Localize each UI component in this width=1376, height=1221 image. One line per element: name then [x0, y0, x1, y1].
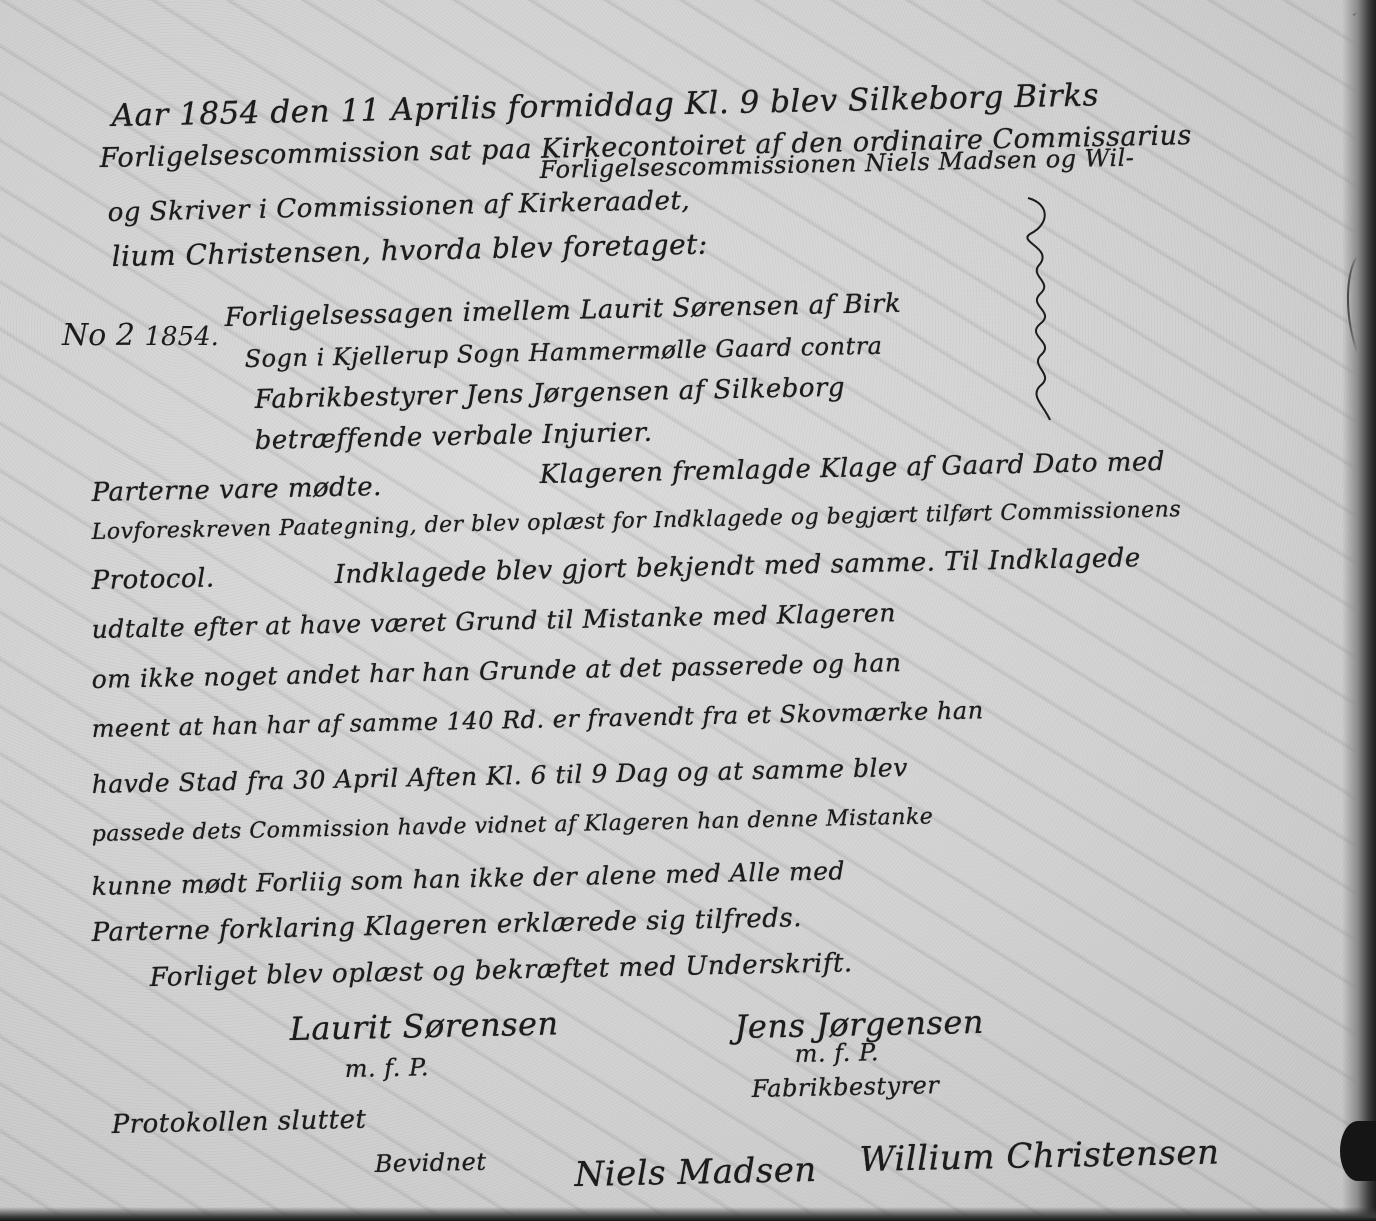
text-line-6: Forligelsessagen imellem Laurit Sørensen…: [224, 289, 901, 333]
text-line-20: passede dets Commission havde vidnet af …: [91, 804, 933, 847]
text-line-17: meent at han har af samme 140 Rd. er fra…: [91, 696, 983, 743]
signature-plaintiff-note: m. f. P.: [344, 1053, 429, 1083]
page-edge-shadow: [1342, 0, 1376, 1221]
signature-commissioner-2: Willium Christensen: [859, 1132, 1220, 1180]
document-page: Aar 1854 den 11 Aprilis formiddag Kl. 9 …: [0, 0, 1376, 1221]
text-line-16: om ikke noget andet har han Grunde at de…: [91, 648, 901, 694]
curly-brace-mark: [1010, 190, 1060, 430]
entry-number: No 2 1854.: [62, 318, 219, 353]
text-line-23: Forliget blev oplæst og bekræftet med Un…: [149, 948, 853, 993]
text-line-5: lium Christensen, hvorda blev foretaget:: [111, 228, 708, 273]
entry-number-label: No 2: [62, 318, 135, 353]
text-line-18: havde Stad fra 30 April Aften Kl. 6 til …: [91, 753, 908, 799]
text-line-7: Sogn i Kjellerup Sogn Hammermølle Gaard …: [244, 332, 882, 373]
text-line-22: Parterne forklaring Klageren erklærede s…: [91, 903, 802, 948]
signature-commissioner-1: Niels Madsen: [574, 1150, 817, 1195]
text-line-21: kunne mødt Forliig som han ikke der alen…: [91, 856, 845, 901]
text-line-4: og Skriver i Commissionen af Kirkeraadet…: [107, 186, 690, 228]
text-line-9: betræffende verbale Injurier.: [254, 418, 652, 456]
text-line-8: Fabrikbestyrer Jens Jørgensen af Silkebo…: [254, 373, 845, 415]
ink-blot: [1340, 1121, 1376, 1181]
text-line-13: Protocol.: [91, 563, 215, 596]
text-line-15: udtalte efter at have været Grund til Mi…: [91, 598, 896, 644]
entry-year: 1854.: [144, 322, 218, 352]
text-line-10: Klageren fremlagde Klage af Gaard Dato m…: [539, 447, 1165, 490]
page-bottom-shadow: [0, 1207, 1376, 1221]
text-line-14: Indklagede blev gjort bekjendt med samme…: [334, 543, 1141, 590]
signature-defendant-role: Fabrikbestyrer: [751, 1071, 939, 1103]
closing-mark: Bevidnet: [374, 1148, 486, 1178]
signature-defendant-note: m. f. P.: [794, 1038, 879, 1068]
text-line-11: Parterne vare mødte.: [91, 472, 382, 508]
closing-note: Protokollen sluttet: [111, 1105, 366, 1140]
signature-plaintiff: Laurit Sørensen: [289, 1004, 559, 1048]
